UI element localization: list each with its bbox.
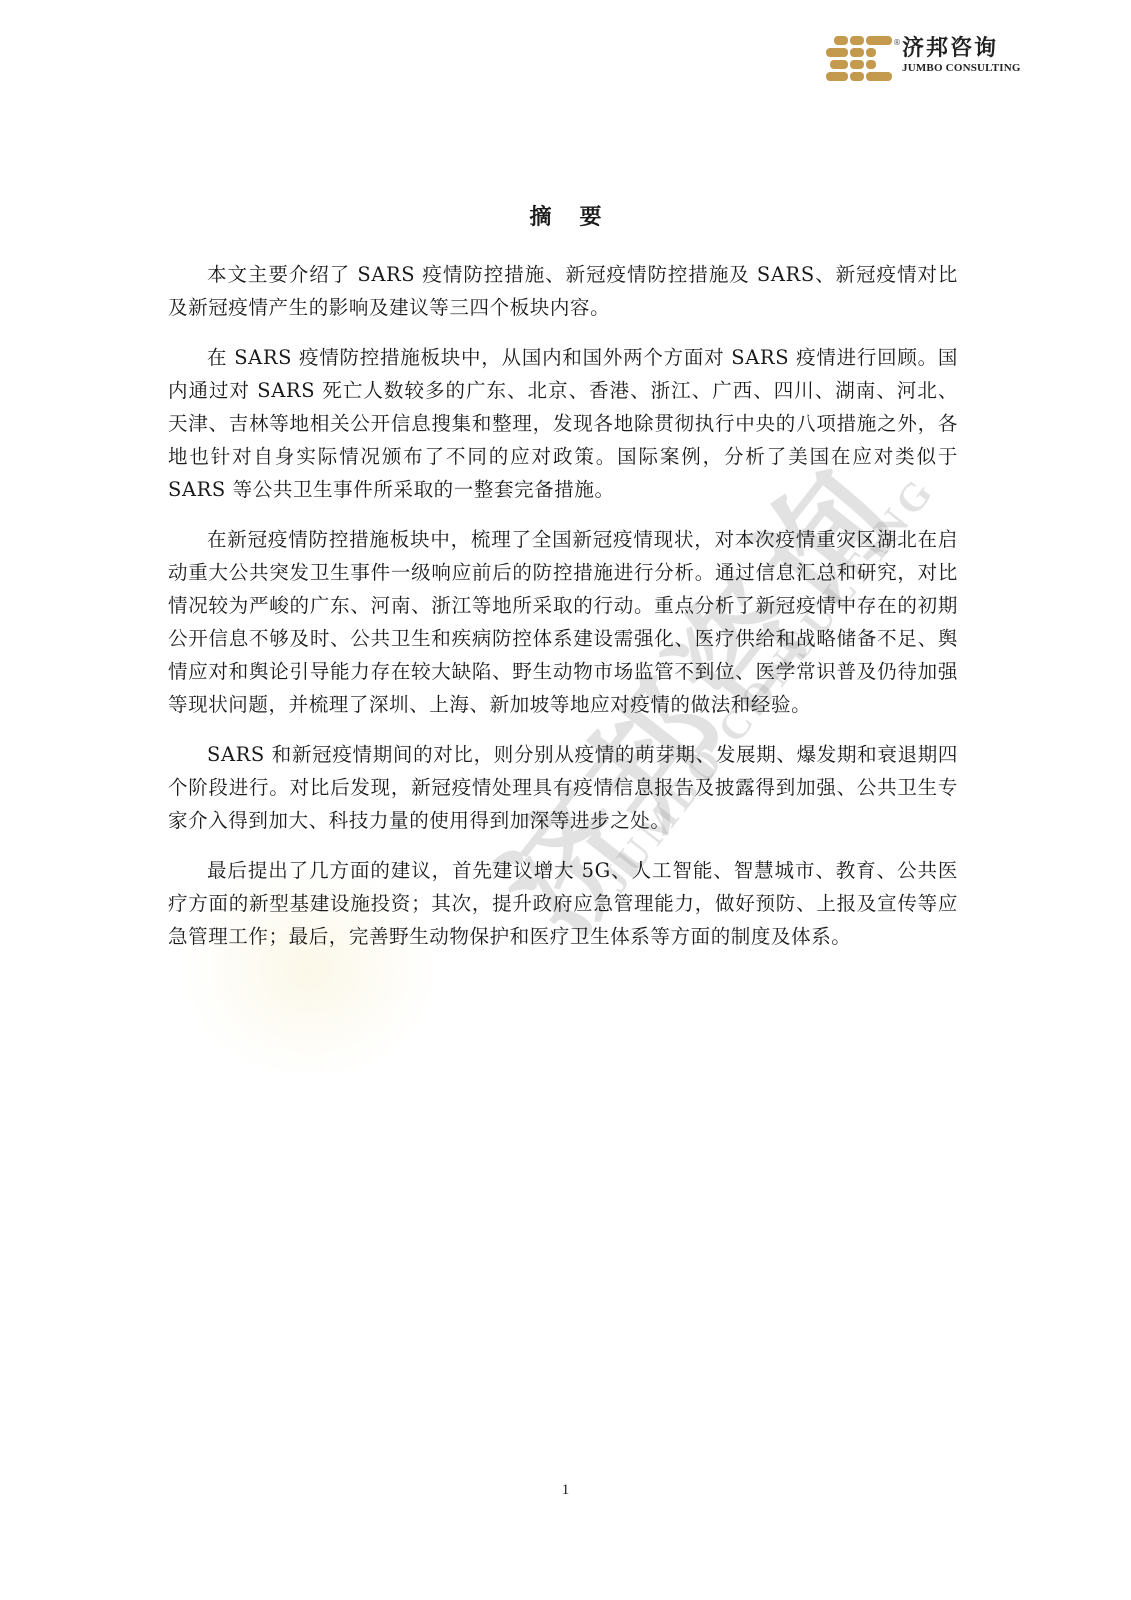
page-number: 1 (0, 1482, 1131, 1499)
page-title: 摘要 (0, 200, 1131, 231)
paragraph-intro: 本文主要介绍了 SARS 疫情防控措施、新冠疫情防控措施及 SARS、新冠疫情对… (168, 258, 958, 324)
logo-name-en: JUMBO CONSULTING (902, 62, 1021, 75)
logo-mark-icon (826, 36, 892, 82)
paragraph-sars-measures: 在 SARS 疫情防控措施板块中，从国内和国外两个方面对 SARS 疫情进行回顾… (168, 341, 958, 506)
paragraph-comparison: SARS 和新冠疫情期间的对比，则分别从疫情的萌芽期、发展期、爆发期和衰退期四个… (168, 738, 958, 837)
logo-name-cn: 济邦咨询 (902, 36, 1021, 62)
paragraph-covid-measures: 在新冠疫情防控措施板块中，梳理了全国新冠疫情现状，对本次疫情重灾区湖北在启动重大… (168, 523, 958, 721)
registered-mark: ® (893, 38, 901, 47)
company-logo: ® 济邦咨询 JUMBO CONSULTING (826, 36, 1076, 86)
paragraph-recommendations: 最后提出了几方面的建议，首先建议增大 5G、人工智能、智慧城市、教育、公共医疗方… (168, 854, 958, 953)
abstract-body: 本文主要介绍了 SARS 疫情防控措施、新冠疫情防控措施及 SARS、新冠疫情对… (168, 258, 958, 970)
